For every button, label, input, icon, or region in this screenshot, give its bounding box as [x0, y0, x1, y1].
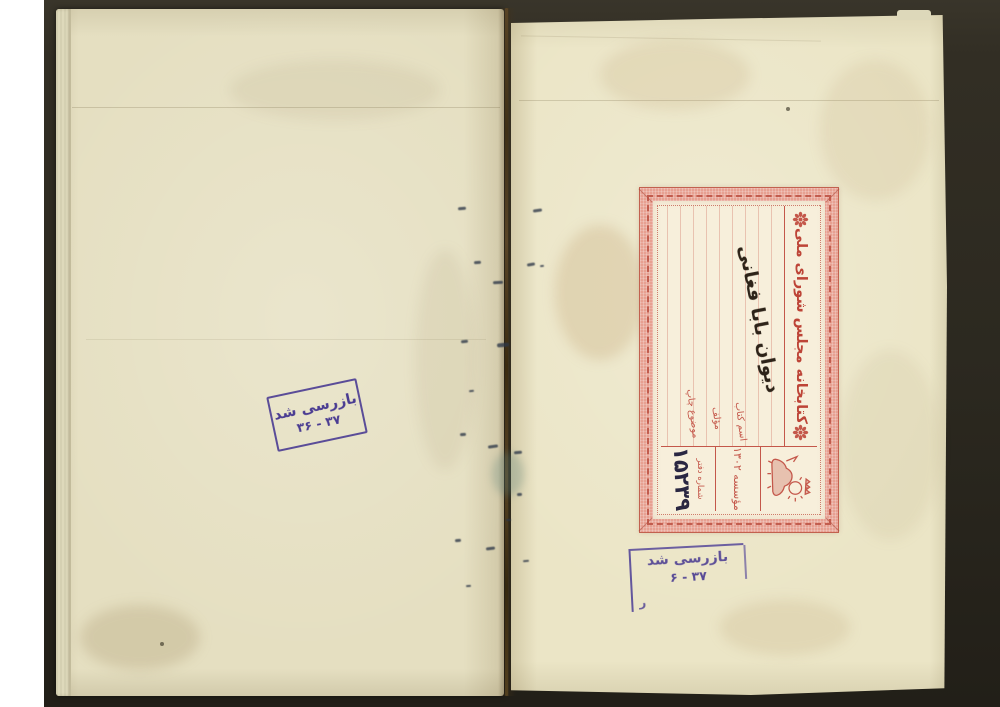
stain: [720, 600, 850, 655]
stain: [600, 40, 750, 110]
bookplate-border-band: مؤسسه ۱۳۰۲ شماره دفتر ۱۵۲۳۹: [640, 188, 838, 532]
binding-crease-line: [505, 8, 508, 696]
bookplate-side-column: مؤسسه ۱۳۰۲ شماره دفتر ۱۵۲۳۹: [661, 446, 817, 511]
emblem-cell: [760, 447, 817, 511]
stain: [230, 60, 440, 120]
library-title: کتابخانه مجلس شورای ملی: [793, 228, 809, 424]
rosette-icon: [793, 424, 810, 441]
ink-fleck: [506, 519, 511, 521]
register-cell: شماره دفتر ۱۵۲۳۹: [661, 447, 715, 511]
library-bookplate: مؤسسه ۱۳۰۲ شماره دفتر ۱۵۲۳۹: [640, 188, 838, 532]
stamp-numbers: ۶ - ۳۷: [632, 566, 746, 587]
stain: [415, 250, 475, 470]
bookplate-main-area: کتابخانه مجلس شورای ملی: [661, 206, 817, 446]
ink-fleck: [493, 281, 503, 285]
register-label: شماره دفتر: [696, 458, 706, 499]
inspection-stamp-bottom: بازرسی شد ۶ - ۳۷ ر: [628, 543, 746, 612]
page-fore-edge: [56, 9, 71, 696]
ink-smudge: [492, 452, 524, 496]
field-label-print-subject: موضوع چاپ: [684, 388, 701, 438]
ink-fleck: [517, 493, 522, 496]
bookplate-paper: مؤسسه ۱۳۰۲ شماره دفتر ۱۵۲۳۹: [653, 201, 825, 519]
bookplate-title-row: کتابخانه مجلس شورای ملی: [784, 206, 817, 446]
stain: [840, 350, 940, 540]
ink-fleck: [455, 539, 461, 543]
speck: [160, 642, 164, 646]
ink-fleck: [460, 433, 466, 436]
ruled-lines-area: دیوان بابا فغانی اسم کتاب مؤلف موضوع چاپ: [661, 206, 784, 446]
speck: [786, 107, 790, 111]
handwritten-book-title: دیوان بابا فغانی: [734, 243, 784, 394]
stray-ink-mark: ر: [639, 595, 647, 609]
page-corner-tab: [897, 10, 931, 20]
field-label-author: مؤلف: [710, 407, 724, 431]
ink-fleck: [466, 585, 471, 587]
stain: [820, 60, 930, 200]
stain: [80, 605, 200, 670]
rosette-icon: [793, 211, 810, 228]
register-number: ۱۵۲۳۹: [669, 447, 695, 512]
stain: [555, 225, 645, 360]
field-label-book-name: اسم کتاب: [733, 401, 749, 441]
founding-date: مؤسسه ۱۳۰۲: [715, 447, 760, 511]
ink-fleck: [474, 261, 481, 264]
lion-and-sun-icon: [766, 452, 812, 506]
book-scan: مؤسسه ۱۳۰۲ شماره دفتر ۱۵۲۳۹: [0, 0, 1000, 707]
